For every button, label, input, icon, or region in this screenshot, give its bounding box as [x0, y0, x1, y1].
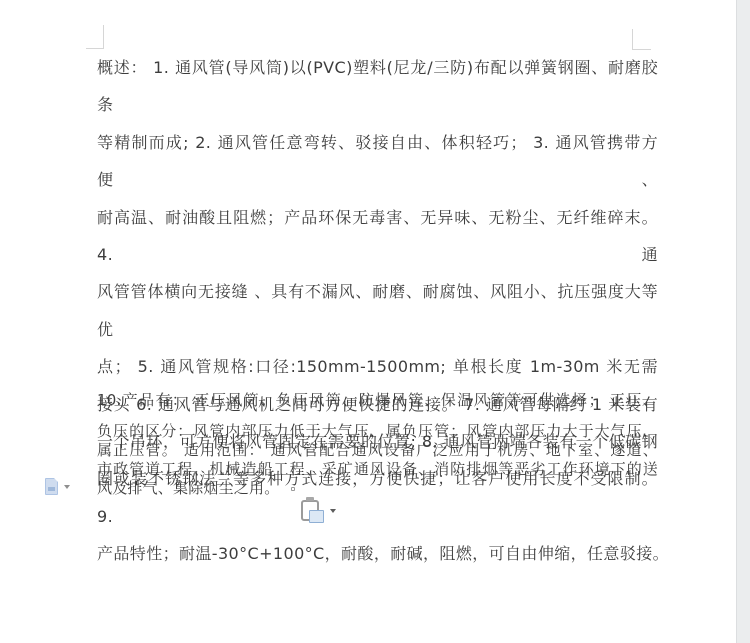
doc-line: 产品特性；耐温-30°C+100°C，耐酸，耐碱，阻燃，可自由伸缩，任意驳接。 [97, 535, 658, 572]
chevron-down-icon[interactable] [64, 485, 70, 489]
pasted-page-icon [309, 510, 324, 523]
blue-document-icon [45, 478, 58, 495]
page-edge-strip [736, 0, 750, 643]
doc-line: 风及排气、集除烟尘之用。 [97, 479, 658, 498]
page-fold-icon [54, 478, 58, 482]
paragraph-end-mark [291, 487, 295, 491]
document-canvas: 概述： 1. 通风管(导风筒)以(PVC)塑料(尼龙/三防)布配以弹簧钢圈、耐磨… [0, 0, 750, 643]
paragraph-products: 10.产品有： 正压风筒、负压风筒、防爆风管、保温风管等可供选择； 正压、 负压… [97, 382, 658, 498]
text-boundary-mark-top-right [632, 29, 651, 50]
doc-line: 市政管道工程、机械造船工程、采矿通风设备、消防排烟等恶劣工作环境下的送 [97, 460, 658, 479]
doc-line: 概述： 1. 通风管(导风筒)以(PVC)塑料(尼龙/三防)布配以弹簧钢圈、耐磨… [97, 49, 658, 124]
doc-line: 点； 5. 通风管规格:口径:150mm-1500mm; 单根长度 1m-30m… [97, 348, 658, 385]
doc-line: 属正压管。 适用范围： 通风管配合通风设备广泛应用于机房、地下室、遂道、 [97, 441, 658, 460]
margin-smart-tag-button[interactable] [44, 477, 72, 497]
clipboard-clip-icon [306, 497, 314, 501]
doc-line: 等精制而成; 2. 通风管任意弯转、驳接自由、体积轻巧； 3. 通风管携带方便、 [97, 124, 658, 199]
doc-line: 风管管体横向无接缝 、具有不漏风、耐磨、耐腐蚀、风阻小、抗压强度大等优 [97, 273, 658, 348]
chevron-down-icon[interactable] [330, 509, 336, 513]
doc-line: 耐高温、耐油酸且阻燃；产品环保无毒害、无异味、无粉尘、无纤维碎末。 4. 通 [97, 199, 658, 274]
document-label-band [48, 487, 55, 491]
doc-line: 负压的区分：风管内部压力低于大气压，属负压管；风管内部压力大于大气压， [97, 422, 658, 441]
text-boundary-mark-top-left [86, 25, 104, 49]
paste-options-button[interactable] [299, 497, 339, 529]
doc-line: 10.产品有： 正压风筒、负压风筒、防爆风管、保温风管等可供选择； 正压、 [97, 382, 658, 419]
